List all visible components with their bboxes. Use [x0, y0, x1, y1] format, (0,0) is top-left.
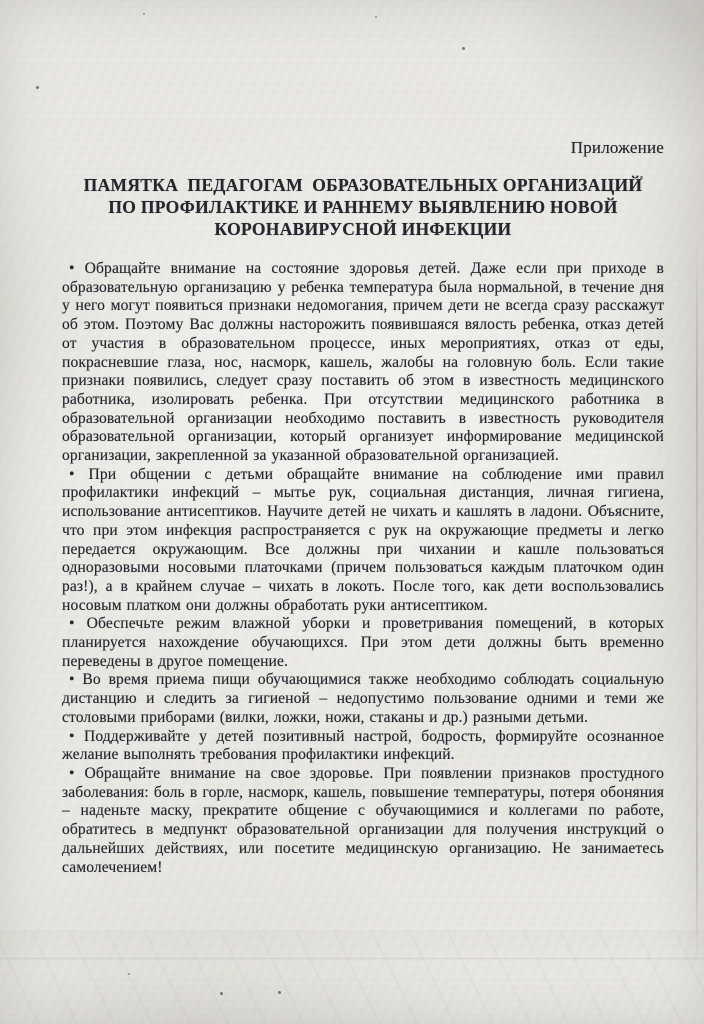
- page-content: Приложение ПАМЯТКА ПЕДАГОГАМ ОБРАЗОВАТЕЛ…: [0, 0, 704, 877]
- title-line-2: ПО ПРОФИЛАКТИКЕ И РАННЕМУ ВЫЯВЛЕНИЮ НОВО…: [62, 196, 664, 218]
- scan-speck: [278, 991, 281, 994]
- paper-crease-line: [0, 957, 704, 960]
- paper-crease-area: [0, 930, 704, 1024]
- document-body: • Обращайте внимание на состояние здоров…: [62, 260, 664, 877]
- memo-paragraph-meals: • Во время приема пищи обучающимися такж…: [62, 671, 664, 727]
- memo-paragraph-hygiene-rules: • При общении с детьми обращайте внимани…: [62, 466, 664, 616]
- title-line-3: КОРОНАВИРУСНОЙ ИНФЕКЦИИ: [62, 218, 664, 240]
- document-title: ПАМЯТКА ПЕДАГОГАМ ОБРАЗОВАТЕЛЬНЫХ ОРГАНИ…: [62, 174, 664, 240]
- memo-paragraph-cleaning-ventilation: • Обеспечьте режим влажной уборки и пров…: [62, 615, 664, 671]
- memo-paragraph-health-of-children: • Обращайте внимание на состояние здоров…: [62, 260, 664, 466]
- annex-label: Приложение: [62, 138, 664, 157]
- title-line-1: ПАМЯТКА ПЕДАГОГАМ ОБРАЗОВАТЕЛЬНЫХ ОРГАНИ…: [62, 174, 664, 196]
- scanned-page: Приложение ПАМЯТКА ПЕДАГОГАМ ОБРАЗОВАТЕЛ…: [0, 0, 704, 1024]
- memo-paragraph-positive-attitude: • Поддерживайте у детей позитивный настр…: [62, 728, 664, 765]
- scan-speck: [128, 973, 130, 975]
- memo-paragraph-own-health: • Обращайте внимание на свое здоровье. П…: [62, 765, 664, 877]
- scan-speck: [220, 992, 223, 995]
